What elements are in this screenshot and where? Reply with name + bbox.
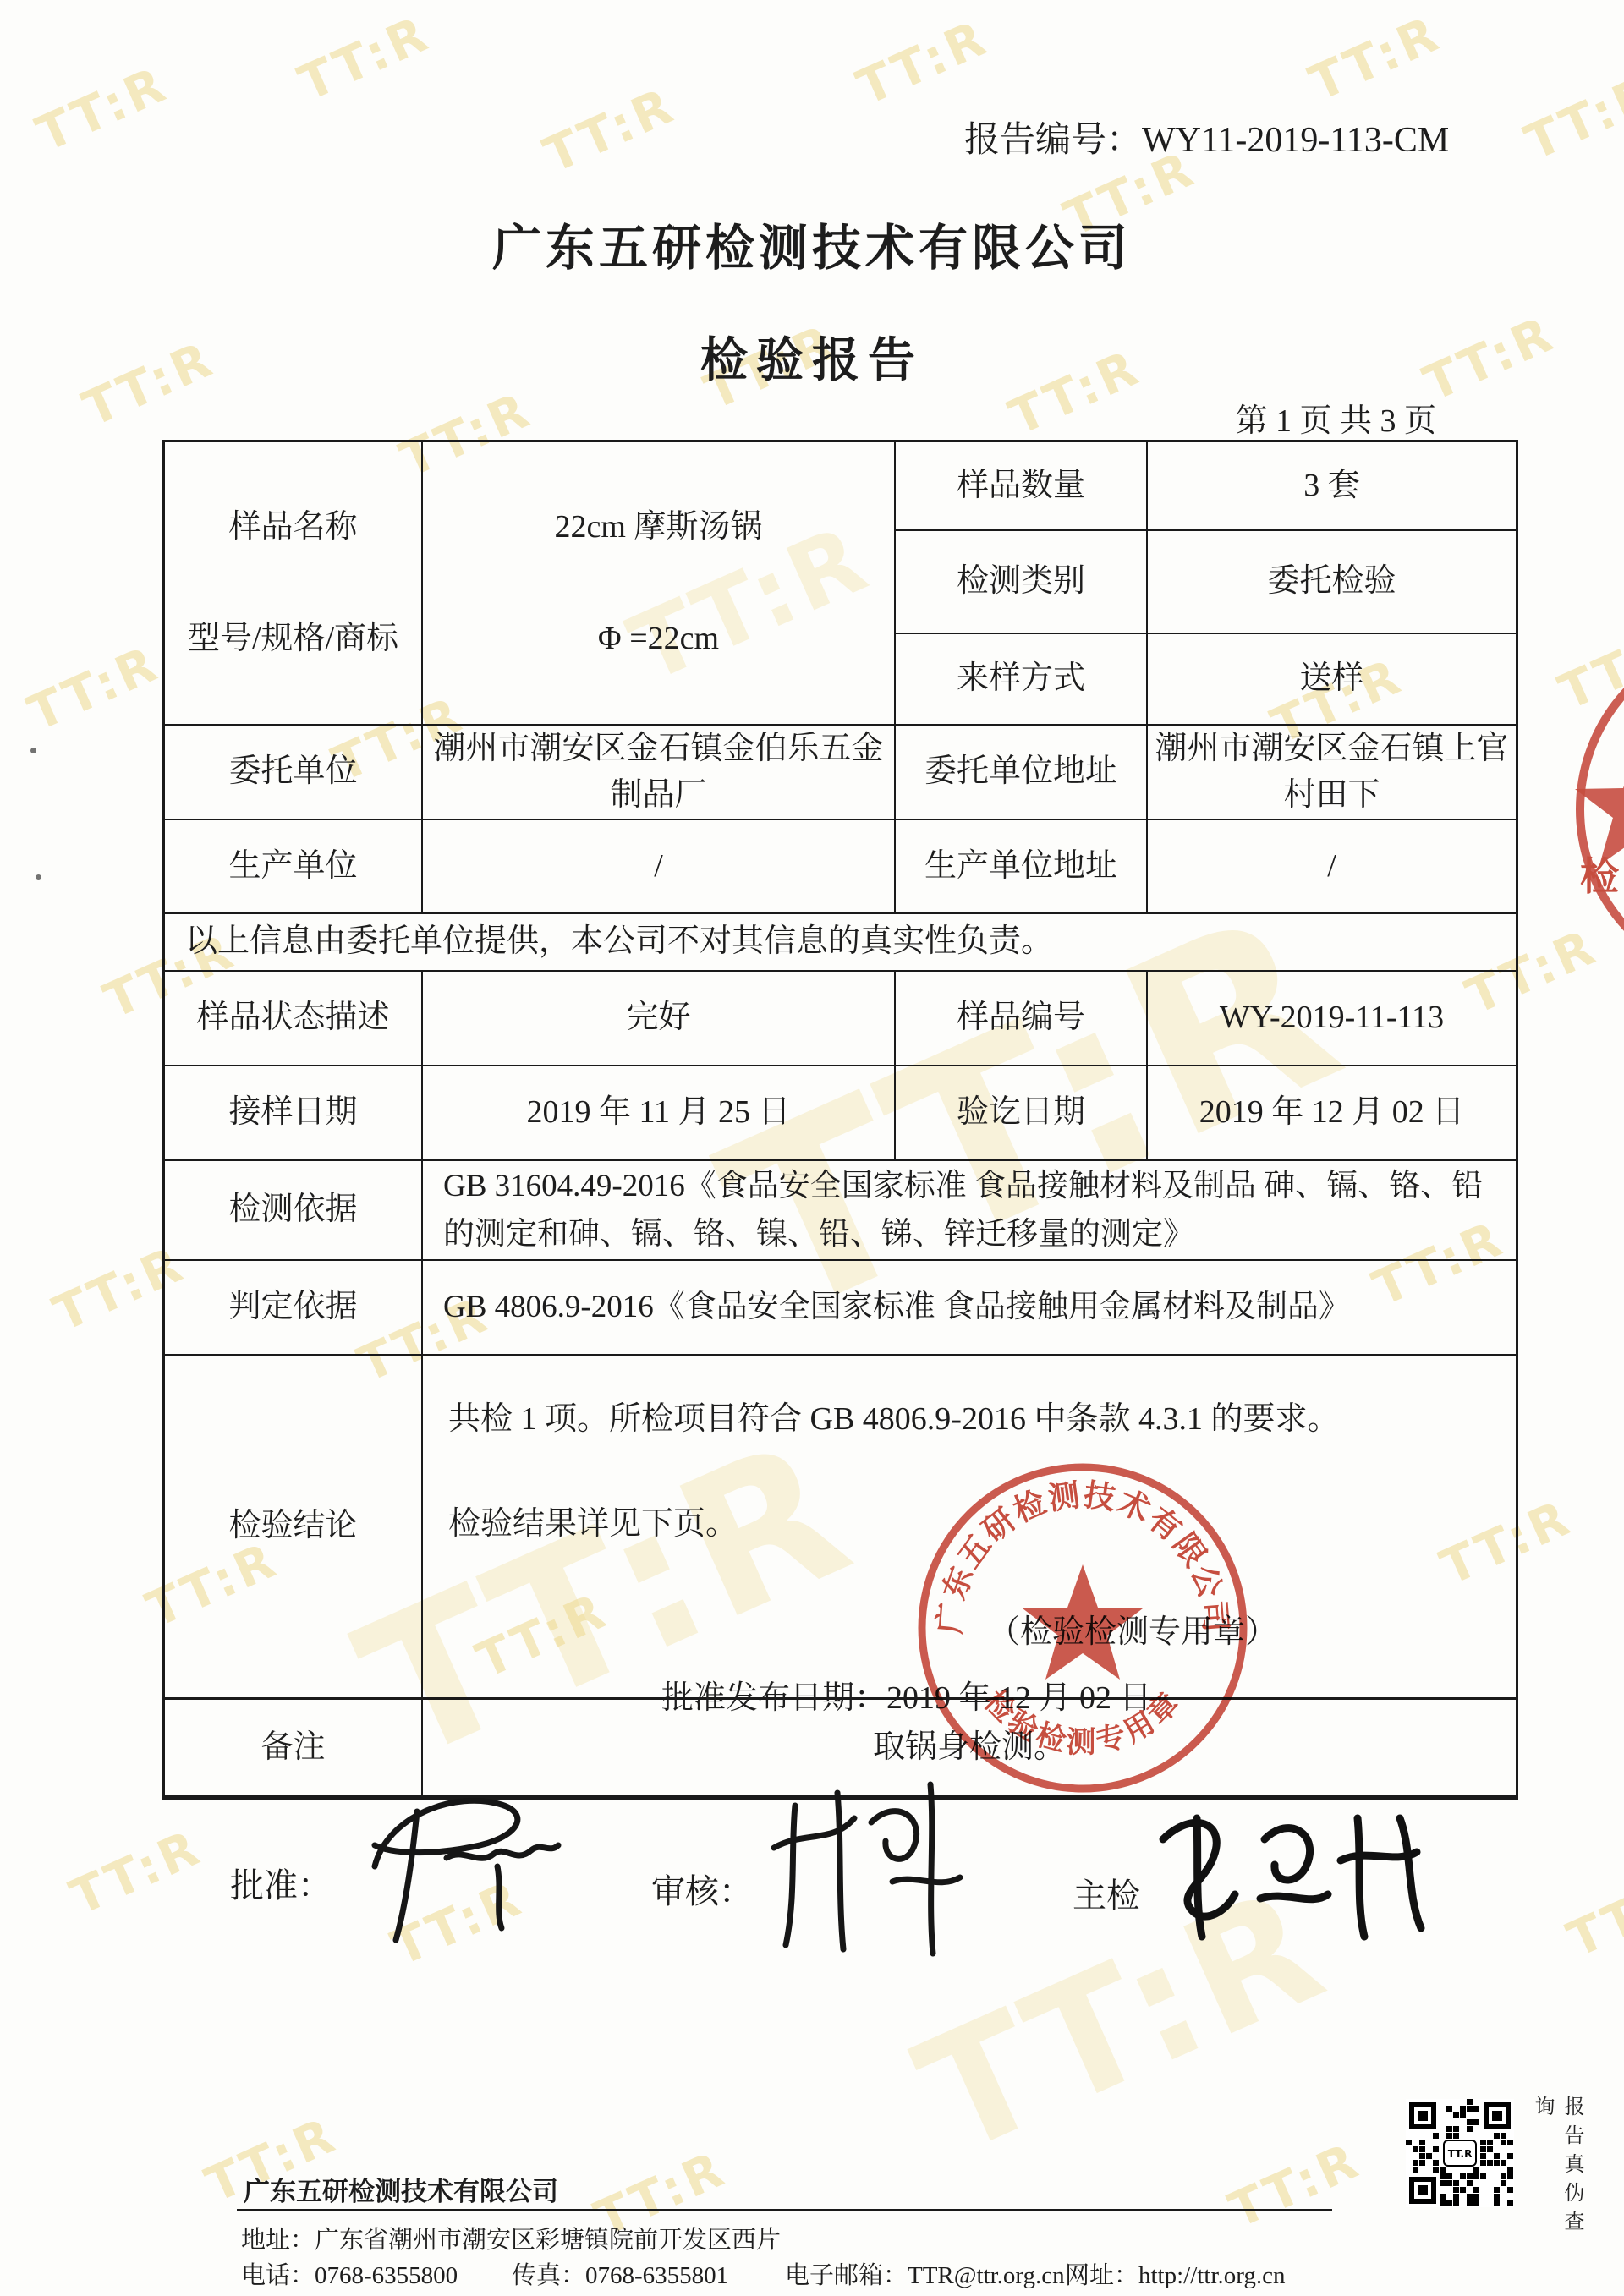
company-title: 广东五研检测技术有限公司 bbox=[0, 208, 1624, 279]
scan-artifact-dot bbox=[30, 748, 36, 753]
sample-qty-label: 样品数量 bbox=[896, 442, 1148, 531]
watermark-logo: TT:R bbox=[290, 4, 438, 112]
manufacturer-label: 生产单位 bbox=[165, 820, 423, 914]
sample-qty-value: 3 套 bbox=[1148, 442, 1516, 531]
remark-label: 备注 bbox=[165, 1700, 423, 1795]
page-indicator: 第 1 页 共 3 页 bbox=[1235, 394, 1436, 441]
model-spec-value: Φ =22cm bbox=[598, 616, 719, 662]
client-address-value: 潮州市潮安区金石镇上官村田下 bbox=[1148, 726, 1516, 820]
test-basis-label: 检测依据 bbox=[165, 1161, 423, 1261]
client-value: 潮州市潮安区金石镇金伯乐五金制品厂 bbox=[423, 726, 896, 820]
judgment-basis-label: 判定依据 bbox=[165, 1261, 423, 1356]
test-type-label: 检测类别 bbox=[896, 531, 1148, 634]
review-signature-label: 审核： bbox=[651, 1865, 753, 1913]
report-number-value: WY11-2019-113-CM bbox=[1142, 121, 1449, 160]
manufacturer-address-label: 生产单位地址 bbox=[896, 820, 1148, 914]
footer-email: 电子邮箱：TTR@ttr.org.cn bbox=[785, 2256, 1065, 2291]
footer-phone: 电话：0768-6355800 bbox=[241, 2256, 458, 2291]
sample-name-value: 22cm 摩斯汤锅 bbox=[555, 504, 763, 551]
document-title: 检验报告 bbox=[0, 323, 1624, 391]
judgment-basis-value: GB 4806.9-2016《食品安全国家标准 食品接触用金属材料及制品》 bbox=[423, 1261, 1516, 1356]
watermark-logo: TT:R bbox=[1559, 1860, 1624, 1969]
watermark-logo: TT:R bbox=[1221, 2131, 1369, 2239]
watermark-logo: TT:R bbox=[535, 76, 683, 184]
report-table: 样品名称 型号/规格/商标 22cm 摩斯汤锅 Φ =22cm 样品数量 3 套… bbox=[162, 440, 1518, 1800]
footer-company-name: 广东五研检测技术有限公司 bbox=[244, 2170, 558, 2208]
report-verification-qr-code: TT.R bbox=[1406, 2099, 1514, 2207]
conclusion-line2: 检验结果详见下页。 bbox=[448, 1501, 738, 1548]
watermark-logo: TT:R bbox=[1517, 63, 1624, 172]
test-basis-value: GB 31604.49-2016《食品安全国家标准 食品接触材料及制品 砷、镉、… bbox=[423, 1161, 1516, 1261]
watermark-logo: TT:R bbox=[62, 1818, 210, 1926]
sampling-method-value: 送样 bbox=[1148, 634, 1516, 726]
sampling-method-label: 来样方式 bbox=[896, 634, 1148, 726]
footer-fax: 传真：0768-6355801 bbox=[512, 2256, 728, 2291]
test-type-value: 委托检验 bbox=[1148, 531, 1516, 634]
inspection-seal-stamp: 广东五研检测技术有限公司 检验检测专用章 bbox=[909, 1455, 1256, 1801]
edge-partial-stamp: 检 bbox=[1555, 611, 1624, 1008]
sample-name-spec-value-cell: 22cm 摩斯汤锅 Φ =22cm bbox=[423, 442, 896, 726]
sample-state-label: 样品状态描述 bbox=[165, 972, 423, 1066]
report-number-label: 报告编号： bbox=[964, 121, 1142, 160]
sample-name-spec-label-cell: 样品名称 型号/规格/商标 bbox=[165, 442, 423, 726]
watermark-logo: TT:R bbox=[28, 55, 176, 163]
finish-date-label: 验讫日期 bbox=[896, 1066, 1148, 1161]
sample-name-label: 样品名称 bbox=[228, 504, 357, 551]
sample-no-label: 样品编号 bbox=[896, 972, 1148, 1066]
model-spec-label: 型号/规格/商标 bbox=[188, 616, 398, 662]
footer-website: 网址：http://ttr.org.cn bbox=[1065, 2256, 1285, 2291]
client-label: 委托单位 bbox=[165, 726, 423, 820]
watermark-logo: TT:R bbox=[848, 8, 996, 117]
stamp-star bbox=[1023, 1564, 1143, 1680]
footer-divider bbox=[237, 2209, 1332, 2211]
watermark-logo: TT:R bbox=[19, 634, 167, 743]
sample-state-value: 完好 bbox=[423, 972, 896, 1066]
conclusion-label: 检验结论 bbox=[165, 1356, 423, 1700]
report-number-line: 报告编号：WY11-2019-113-CM bbox=[964, 112, 1449, 162]
receive-date-label: 接样日期 bbox=[165, 1066, 423, 1161]
approve-signature-label: 批准： bbox=[230, 1859, 332, 1907]
scan-artifact-dot bbox=[36, 874, 41, 880]
sample-no-value: WY-2019-11-113 bbox=[1148, 972, 1516, 1066]
edge-stamp-char: 检 bbox=[1580, 855, 1619, 898]
conclusion-line1: 共检 1 项。所检项目符合 GB 4806.9-2016 中条款 4.3.1 的… bbox=[448, 1396, 1339, 1443]
receive-date-value: 2019 年 11 月 25 日 bbox=[423, 1066, 896, 1161]
manufacturer-value: / bbox=[423, 820, 896, 914]
finish-date-value: 2019 年 12 月 02 日 bbox=[1148, 1066, 1516, 1161]
client-address-label: 委托单位地址 bbox=[896, 726, 1148, 820]
qr-center-logo: TT.R bbox=[1448, 2148, 1473, 2160]
stamp-bottom-arc-text: 检验检测专用章 bbox=[978, 1684, 1188, 1759]
footer-address: 地址：广东省潮州市潮安区彩塘镇院前开发区西片 bbox=[241, 2221, 781, 2255]
inspect-signature bbox=[1146, 1793, 1442, 1949]
disclaimer-row: 以上信息由委托单位提供，本公司不对其信息的真实性负责。 bbox=[165, 914, 1516, 972]
approve-signature bbox=[328, 1786, 573, 1947]
qr-caption: 报告真伪查询 bbox=[1528, 2096, 1587, 2265]
manufacturer-address-value: / bbox=[1148, 820, 1516, 914]
watermark-logo: TT:R bbox=[1301, 4, 1449, 112]
inspect-signature-label: 主检 bbox=[1073, 1869, 1140, 1917]
inspection-report-page: TT:RTT:RTT:RTT:RTT:RTT:RTT:RTT:RTT:RTT:R… bbox=[0, 0, 1624, 2296]
